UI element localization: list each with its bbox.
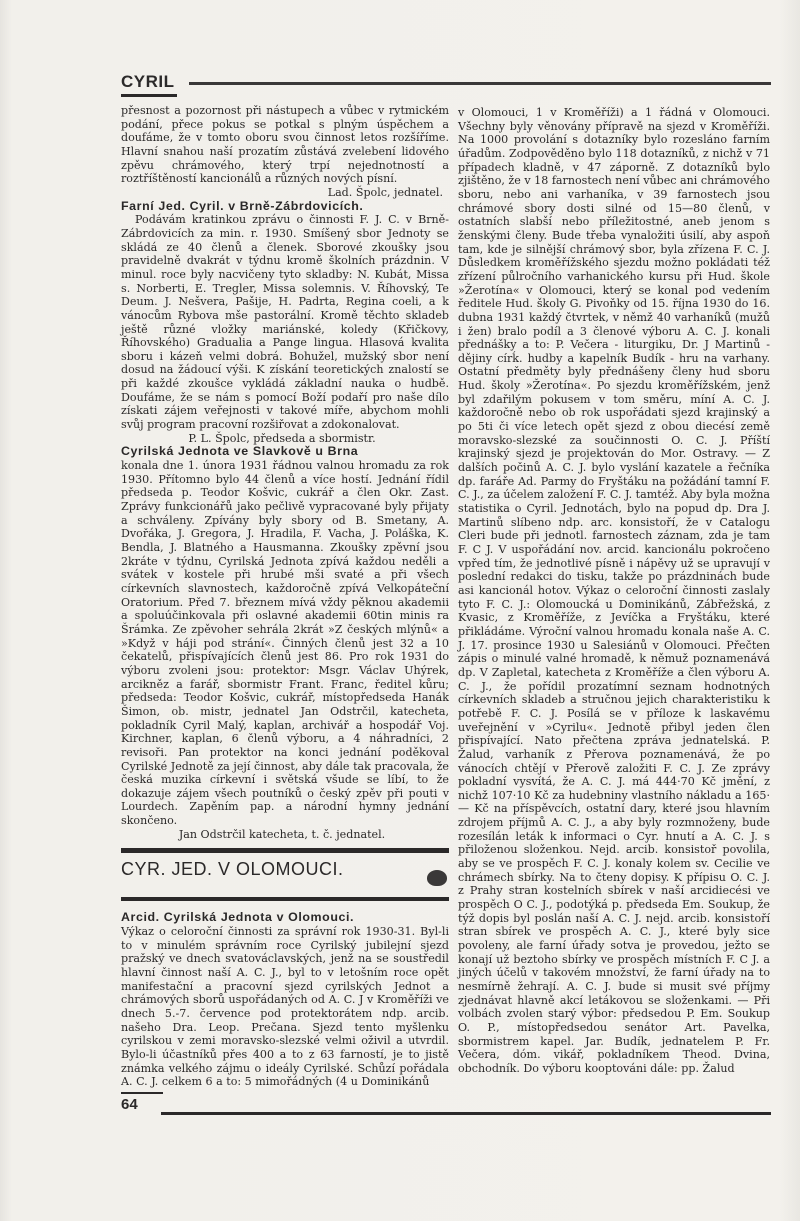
intro-paragraph: přesnost a pozornost při nástupech a vůb…	[121, 104, 449, 186]
left-column: přesnost a pozornost při nástupech a vůb…	[121, 104, 449, 1089]
article-signature-brno: P. L. Špolc, předseda a sbormistr.	[121, 432, 449, 446]
article-heading-olomouc: Arcid. Cyrilská Jednota v Olomouci.	[121, 911, 449, 925]
header-rule	[189, 82, 771, 85]
intro-signature: Lad. Špolc, jednatel.	[121, 186, 449, 200]
article-body-olomouc: Výkaz o celoroční činnosti za správní ro…	[121, 925, 449, 1089]
page-footer: 64	[121, 1092, 771, 1122]
article-signature-slavkov: Jan Odstrčil katecheta, t. č. jednatel.	[121, 828, 449, 842]
article-body-olomouc-continued: v Olomouci, 1 v Kroměříži) a 1 řádná v O…	[458, 106, 770, 1076]
page-number-rule	[121, 1092, 163, 1094]
section-title: CYR. JED. V OLOMOUCI.	[121, 863, 344, 877]
banner-bottom-rule	[121, 897, 449, 901]
footer-rule	[161, 1112, 771, 1115]
page-number: 64	[121, 1096, 138, 1113]
section-banner-olomouc: CYR. JED. V OLOMOUCI.	[121, 845, 449, 907]
running-head: CYRIL	[121, 72, 771, 98]
banner-top-rule	[121, 848, 449, 853]
article-heading-brno: Farní Jed. Cyril. v Brně-Zábrdovicích.	[121, 200, 449, 214]
journal-title: CYRIL	[121, 72, 175, 92]
right-column: v Olomouci, 1 v Kroměříži) a 1 řádná v O…	[458, 106, 770, 1076]
article-body-slavkov: konala dne 1. února 1931 řádnou valnou h…	[121, 459, 449, 828]
article-heading-slavkov: Cyrilská Jednota ve Slavkově u Brna	[121, 445, 449, 459]
article-body-brno: Podávám kratinkou zprávu o činnosti F. J…	[121, 213, 449, 432]
title-underline	[121, 94, 177, 97]
magazine-page: CYRIL přesnost a pozornost při nástupech…	[0, 0, 800, 1221]
emblem-icon	[427, 870, 447, 886]
